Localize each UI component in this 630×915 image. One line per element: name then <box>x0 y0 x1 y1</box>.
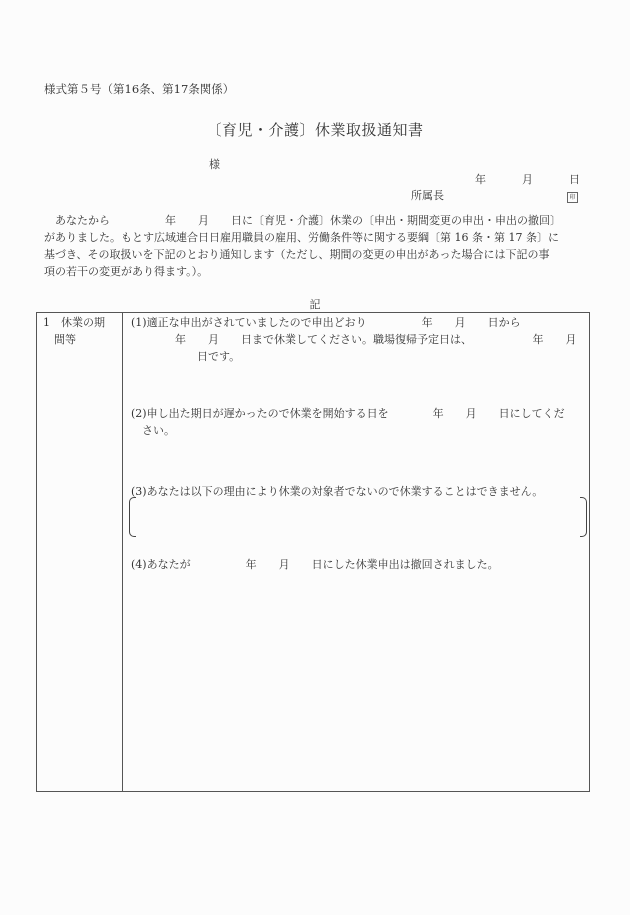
body-line: 基づき、その取扱いを下記のとおり通知します（ただし、期間の変更の申出があった場合… <box>44 246 592 263</box>
issuer-label: 所属長 <box>411 187 444 203</box>
item-2-line: (2)申し出た期日が遅かったので休業を開始する日を 年 月 日にしてくだ <box>131 405 583 422</box>
item-1: (1)適正な申出がされていましたので申出どおり 年 月 日から 年 月 日まで休… <box>131 314 583 365</box>
document-title: 〔育児・介護〕休業取扱通知書 <box>0 119 630 140</box>
row-content-cell: (1)適正な申出がされていましたので申出どおり 年 月 日から 年 月 日まで休… <box>123 313 589 791</box>
row-label: 1 休業の期 <box>43 314 122 331</box>
row-label: 間等 <box>43 331 122 348</box>
row-label-cell: 1 休業の期 間等 <box>37 313 123 791</box>
item-1-line: 日です。 <box>131 348 583 365</box>
item-4: (4)あなたが 年 月 日にした休業申出は撤回されました。 <box>131 556 583 573</box>
item-2: (2)申し出た期日が遅かったので休業を開始する日を 年 月 日にしてくだ さい。 <box>131 405 583 439</box>
bracket-left-icon <box>129 497 136 537</box>
body-line: あなたから 年 月 日に〔育児・介護〕休業の〔申出・期間変更の申出・申出の撤回〕 <box>44 212 592 229</box>
form-number: 様式第５号（第16条、第17条関係） <box>44 81 234 97</box>
notice-body: あなたから 年 月 日に〔育児・介護〕休業の〔申出・期間変更の申出・申出の撤回〕… <box>44 212 592 280</box>
item-1-line: 年 月 日まで休業してください。職場復帰予定日は、 年 月 <box>131 331 583 348</box>
ki-heading: 記 <box>0 296 630 312</box>
body-line: 項の若干の変更があり得ます。）。 <box>44 263 592 280</box>
seal-icon: 印 <box>567 192 578 203</box>
item-4-line: (4)あなたが 年 月 日にした休業申出は撤回されました。 <box>131 556 583 573</box>
body-line: がありました。もとす広域連合日日雇用職員の雇用、労働条件等に関する要綱〔第 16… <box>44 229 592 246</box>
leave-details-table: 1 休業の期 間等 (1)適正な申出がされていましたので申出どおり 年 月 日か… <box>36 312 590 792</box>
item-2-line: さい。 <box>131 422 583 439</box>
addressee-suffix: 様 <box>209 156 220 172</box>
bracket-right-icon <box>580 497 587 537</box>
item-1-line: (1)適正な申出がされていましたので申出どおり 年 月 日から <box>131 314 583 331</box>
reason-field[interactable] <box>129 497 587 537</box>
date-day-label: 日 <box>569 171 580 187</box>
date-year-label: 年 <box>475 171 486 187</box>
date-month-label: 月 <box>522 171 533 187</box>
